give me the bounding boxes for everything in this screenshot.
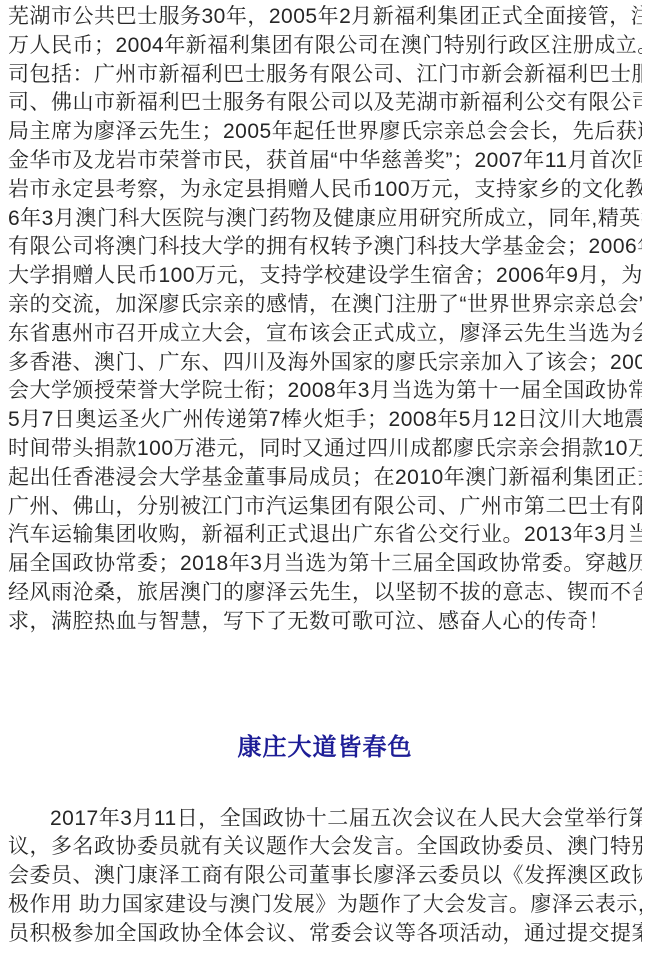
text-line: 员积极参加全国政协全体会议、常委会议等各项活动，通过提交提案和大会发 — [8, 920, 642, 949]
text-line: 经风雨沧桑，旅居澳门的廖泽云先生，以坚韧不拔的意志、锲而不舍的理想追 — [8, 579, 642, 608]
text-line: 时间带头捐款100万港元，同时又通过四川成都廖氏宗亲会捐款10万元；2009年 — [8, 435, 642, 464]
text-line: 有限公司将澳门科技大学的拥有权转予澳门科技大学基金会；2006年7月向暨南 — [8, 233, 642, 262]
text-line: 多香港、澳门、广东、四川及海外国家的廖氏宗亲加入了该会；2007年获香港浸 — [8, 349, 642, 378]
text-line: 芜湖市公共巴士服务30年，2005年2月新福利集团正式全面接管，注册资金8000 — [8, 3, 642, 32]
text-line: 司、佛山市新福利巴士服务有限公司以及芜湖市新福利公交有限公司，集团董事 — [8, 89, 642, 118]
text-line: 求，满腔热血与智慧，写下了无数可歌可泣、感奋人心的传奇！ — [8, 608, 642, 637]
text-line: 届全国政协常委；2018年3月当选为第十三届全国政协常委。穿越历史烟云，历 — [8, 550, 642, 579]
text-line: 议，多名政协委员就有关议题作大会发言。全国政协委员、澳门特别行政区行政 — [8, 833, 642, 862]
text-line: 东省惠州市召开成立大会，宣布该会正式成立，廖泽云先生当选为会长，后来很 — [8, 320, 642, 349]
speech-paragraph: 2017年3月11日，全国政协十二届五次会议在人民大会堂举行第四次全体会议，多名… — [0, 805, 650, 949]
section-heading: 康庄大道皆春色 — [0, 733, 650, 763]
article-page: 芜湖市公共巴士服务30年，2005年2月新福利集团正式全面接管，注册资金8000… — [0, 0, 650, 957]
text-line: 会大学颁授荣誉大学院士衔；2008年3月当选为第十一届全国政协常委；2008年 — [8, 377, 642, 406]
text-line: 大学捐赠人民币100万元，支持学校建设学生宿舍；2006年9月，为了推进廖氏宗 — [8, 262, 642, 291]
text-line: 局主席为廖泽云先生；2005年起任世界廖氏宗亲总会会长，先后获邀为广州市、 — [8, 118, 642, 147]
text-line: 6年3月澳门科大医院与澳门药物及健康应用研究所成立，同年,精英教育发展股份 — [8, 205, 642, 234]
text-line: 亲的交流，加深廖氏宗亲的感情，在澳门注册了“世界世界宗亲总会”，并在广 — [8, 291, 642, 320]
text-line: 会委员、澳门康泽工商有限公司董事长廖泽云委员以《发挥澳区政协委员双重积 — [8, 862, 642, 891]
text-line: 极作用 助力国家建设与澳门发展》为题作了大会发言。廖泽云表示，澳区政协委 — [8, 891, 642, 920]
text-line: 万人民币；2004年新福利集团有限公司在澳门特别行政区注册成立。集团属下公 — [8, 32, 642, 61]
biography-paragraph: 芜湖市公共巴士服务30年，2005年2月新福利集团正式全面接管，注册资金8000… — [0, 0, 650, 637]
text-line: 2017年3月11日，全国政协十二届五次会议在人民大会堂举行第四次全体会 — [8, 805, 642, 834]
text-line: 司包括：广州市新福利巴士服务有限公司、江门市新会新福利巴士服务有限公 — [8, 61, 642, 90]
text-line: 岩市永定县考察，为永定县捐赠人民币100万元，支持家乡的文化教育事业；200 — [8, 176, 642, 205]
text-line: 金华市及龙岩市荣誉市民，获首届“中华慈善奖”；2007年11月首次回到家乡龙 — [8, 147, 642, 176]
text-line: 汽车运输集团收购，新福利正式退出广东省公交行业。2013年3月当选为第十二 — [8, 521, 642, 550]
text-line: 5月7日奥运圣火广州传递第7棒火炬手；2008年5月12日汶川大地震后他在第一 — [8, 406, 642, 435]
text-line: 起出任香港浸会大学基金董事局成员；在2010年澳门新福利集团正式退出江门、 — [8, 464, 642, 493]
text-line: 广州、佛山，分别被江门市汽运集团有限公司、广州市第二巴士有限公司和佛山 — [8, 493, 642, 522]
